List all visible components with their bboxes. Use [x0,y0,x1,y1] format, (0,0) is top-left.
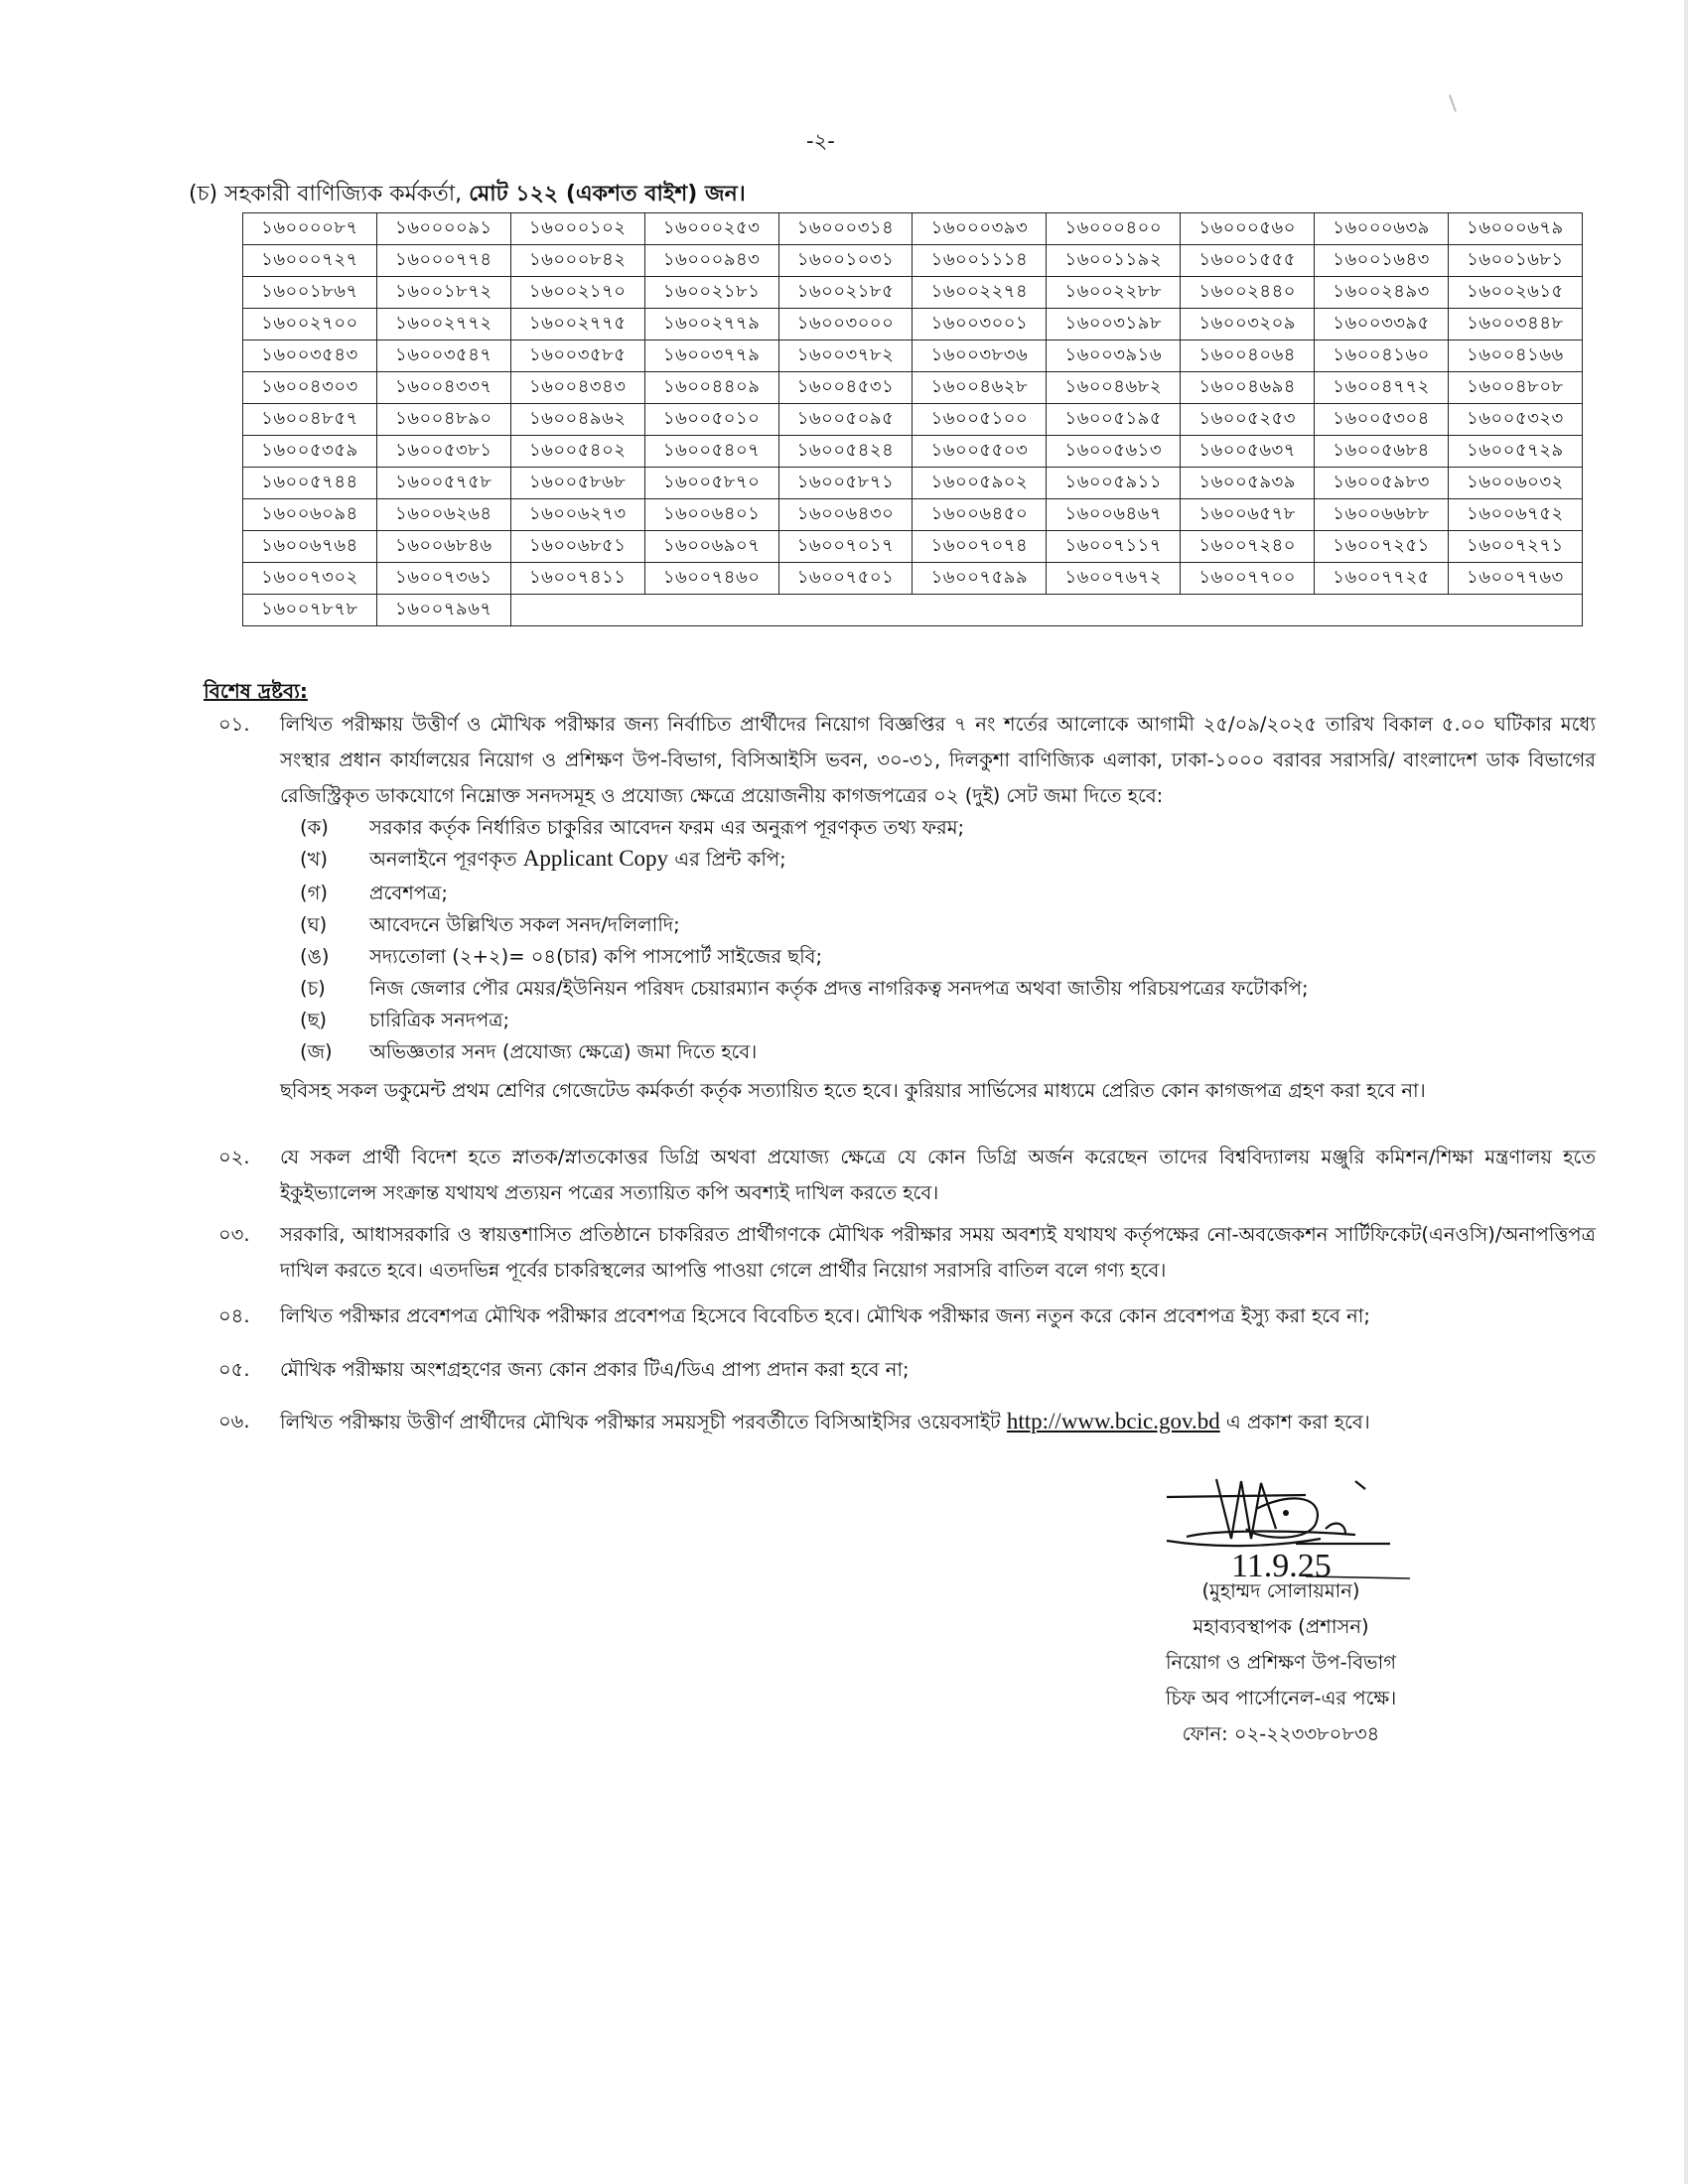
signatory-on-behalf: চিফ অব পার্সোনেল-এর পক্ষে। [1082,1681,1479,1716]
table-row: ১৬০০০০৮৭১৬০০০০৯১১৬০০০১০২১৬০০০২৫৩১৬০০০৩১৪… [243,213,1583,245]
roll-number-cell: ১৬০০৭২৫১ [1315,531,1449,563]
roll-number-cell: ১৬০০৫৮৭১ [778,468,913,499]
roll-number-cell: ১৬০০৪৮০৮ [1449,372,1583,404]
roll-number-cell: ১৬০০৪৬৮২ [1047,372,1181,404]
sub-item-chha: (ছ)চারিত্রিক সনদপত্র; [300,1007,509,1038]
roll-number-cell: ১৬০০২৭৭৫ [510,309,644,341]
roll-number-cell: ১৬০০৪৬২৮ [913,372,1047,404]
table-row: ১৬০০৬০৯৪১৬০০৬২৬৪১৬০০৬২৭৩১৬০০৬৪০১১৬০০৬৪৩০… [243,499,1583,531]
roll-number-cell: ১৬০০০১০২ [510,213,644,245]
roll-number-cell: ১৬০০৪১৬৬ [1449,341,1583,372]
roll-number-cell: ১৬০০৫৪০২ [510,436,644,468]
roll-number-cell: ১৬০০৭৬৭২ [1047,563,1181,595]
signatory-name: (মুহাম্মদ সোলায়মান) [1082,1573,1479,1609]
roll-number-cell: ১৬০০১৬৪৩ [1315,245,1449,277]
roll-number-cell: ১৬০০৩১৯৮ [1047,309,1181,341]
roll-number-cell: ১৬০০২১৮৫ [778,277,913,309]
roll-number-cell: ১৬০০৫৩০৪ [1315,404,1449,436]
roll-number-cell: ১৬০০২১৮১ [644,277,778,309]
roll-number-cell: ১৬০০১৬৮১ [1449,245,1583,277]
scan-mark [1449,94,1457,112]
roll-number-cell: ১৬০০৫১০০ [913,404,1047,436]
roll-number-cell: ১৬০০৭১১৭ [1047,531,1181,563]
roll-number-cell: ১৬০০০৭২৭ [243,245,377,277]
roll-number-cell: ১৬০০৪৫৩১ [778,372,913,404]
roll-number-cell: ১৬০০৭৪৬০ [644,563,778,595]
roll-number-cell: ১৬০০৬৮৫১ [510,531,644,563]
roll-number-cell: ১৬০০৩০০০ [778,309,913,341]
roll-number-cell: ১৬০০০০৯১ [376,213,510,245]
roll-number-cell: ১৬০০৪৩৩৭ [376,372,510,404]
roll-number-cell: ১৬০০২৪৯৩ [1315,277,1449,309]
table-row: ১৬০০৭৮৭৮১৬০০৭৯৬৭ [243,595,1583,626]
roll-number-cell: ১৬০০৩৭৮২ [778,341,913,372]
roll-number-cell: ১৬০০৫৩২৩ [1449,404,1583,436]
roll-number-cell: ১৬০০৪৮৯০ [376,404,510,436]
roll-number-cell: ১৬০০৪৭৭২ [1315,372,1449,404]
note-text: লিখিত পরীক্ষায় উত্তীর্ণ ও মৌখিক পরীক্ষা… [280,707,1596,814]
roll-number-cell: ১৬০০৪৮৫৭ [243,404,377,436]
roll-number-cell: ১৬০০৭৪১১ [510,563,644,595]
sub-item-gha: (ঘ)আবেদনে উল্লিখিত সকল সনদ/দলিলাদি; [300,911,680,943]
roll-number-table: ১৬০০০০৮৭১৬০০০০৯১১৬০০০১০২১৬০০০২৫৩১৬০০০৩১৪… [242,212,1583,626]
roll-number-cell: ১৬০০৫৮৬৮ [510,468,644,499]
table-row: ১৬০০৪৮৫৭১৬০০৪৮৯০১৬০০৪৯৬২১৬০০৫০১০১৬০০৫০৯৫… [243,404,1583,436]
roll-number-cell: ১৬০০৭২৭১ [1449,531,1583,563]
roll-number-cell: ১৬০০২১৭০ [510,277,644,309]
roll-number-cell: ১৬০০৫৯৩৯ [1181,468,1315,499]
roll-number-cell: ১৬০০৪৬৯৪ [1181,372,1315,404]
roll-number-cell: ১৬০০৫৪০৭ [644,436,778,468]
roll-number-cell: ১৬০০৬০৯৪ [243,499,377,531]
roll-number-cell: ১৬০০১৮৬৭ [243,277,377,309]
roll-number-cell: ১৬০০৬৪৫০ [913,499,1047,531]
table-row: ১৬০০৫৭৪৪১৬০০৫৭৫৮১৬০০৫৮৬৮১৬০০৫৮৭০১৬০০৫৮৭১… [243,468,1583,499]
sub-item-cha: (চ)নিজ জেলার পৌর মেয়র/ইউনিয়ন পরিষদ চেয… [300,975,1309,1007]
roll-number-cell: ১৬০০০২৫৩ [644,213,778,245]
roll-number-cell: ১৬০০০৩৯৩ [913,213,1047,245]
roll-number-cell: ১৬০০৬৮৪৬ [376,531,510,563]
roll-number-cell: ১৬০০৫০১০ [644,404,778,436]
bcic-website-link[interactable]: http://www.bcic.gov.bd [1007,1409,1220,1433]
roll-number-cell: ১৬০০৫৯১১ [1047,468,1181,499]
roll-number-cell: ১৬০০৫৫০৩ [913,436,1047,468]
roll-number-cell: ১৬০০৫২৫৩ [1181,404,1315,436]
roll-number-cell: ১৬০০৫০৯৫ [778,404,913,436]
roll-number-cell: ১৬০০৪৪০৯ [644,372,778,404]
roll-number-cell: ১৬০০৭৭২৫ [1315,563,1449,595]
roll-number-cell: ১৬০০৩০০১ [913,309,1047,341]
roll-number-cell: ১৬০০৫৬৩৭ [1181,436,1315,468]
section-heading: (চ) সহকারী বাণিজ্যিক কর্মকর্তা, মোট ১২২ … [189,177,746,213]
roll-number-cell: ১৬০০১০৩১ [778,245,913,277]
roll-number-cell: ১৬০০১৮৭২ [376,277,510,309]
table-row: ১৬০০০৭২৭১৬০০০৭৭৪১৬০০০৮৪২১৬০০০৯৪৩১৬০০১০৩১… [243,245,1583,277]
roll-number-cell: ১৬০০০৫৬০ [1181,213,1315,245]
roll-number-cell: ১৬০০৫৮৭০ [644,468,778,499]
table-row: ১৬০০৭৩০২১৬০০৭৩৬১১৬০০৭৪১১১৬০০৭৪৬০১৬০০৭৫০১… [243,563,1583,595]
roll-number-cell: ১৬০০৫৬১৩ [1047,436,1181,468]
roll-number-cell: ১৬০০৫৩৫৯ [243,436,377,468]
table-row: ১৬০০৪৩০৩১৬০০৪৩৩৭১৬০০৪৩৪৩১৬০০৪৪০৯১৬০০৪৫৩১… [243,372,1583,404]
roll-number-cell: ১৬০০৩৫৪৭ [376,341,510,372]
roll-number-cell: ১৬০০৪১৬০ [1315,341,1449,372]
roll-number-cell: ১৬০০৭০১৭ [778,531,913,563]
sub-item-ka: (ক)সরকার কর্তৃক নির্ধারিত চাকুরির আবেদন … [300,814,964,846]
roll-number-cell: ১৬০০৩৯১৬ [1047,341,1181,372]
roll-number-cell: ১৬০০০০৮৭ [243,213,377,245]
roll-number-cell: ১৬০০০৬৭৯ [1449,213,1583,245]
roll-number-cell: ১৬০০৬৭৫২ [1449,499,1583,531]
roll-number-cell: ১৬০০৭০৭৪ [913,531,1047,563]
roll-number-cell: ১৬০০১১১৪ [913,245,1047,277]
roll-number-cell: ১৬০০৩৮৩৬ [913,341,1047,372]
roll-number-cell: ১৬০০২৭০০ [243,309,377,341]
roll-number-cell: ১৬০০০৪০০ [1047,213,1181,245]
roll-number-cell: ১৬০০৬৭৬৪ [243,531,377,563]
roll-number-cell: ১৬০০৫৯৮৩ [1315,468,1449,499]
heading-prefix: (চ) সহকারী বাণিজ্যিক কর্মকর্তা, [189,182,469,206]
roll-number-cell: ১৬০০৬৪০১ [644,499,778,531]
roll-number-cell: ১৬০০২২৮৮ [1047,277,1181,309]
roll-number-cell: ১৬০০৭৯৬৭ [376,595,510,626]
roll-number-cell: ১৬০০৭৭০০ [1181,563,1315,595]
roll-number-cell: ১৬০০৪৩০৩ [243,372,377,404]
table-row: ১৬০০৩৫৪৩১৬০০৩৫৪৭১৬০০৩৫৮৫১৬০০৩৭৭৯১৬০০৩৭৮২… [243,341,1583,372]
signature-icon: 11.9.25 [1157,1469,1415,1588]
roll-number-cell: ১৬০০২৪৪০ [1181,277,1315,309]
roll-number-cell: ১৬০০৬০৩২ [1449,468,1583,499]
roll-number-cell: ১৬০০৫৬৮৪ [1315,436,1449,468]
sub-item-kha: (খ)অনলাইনে পূরণকৃত Applicant Copy এর প্র… [300,846,786,878]
roll-number-cell: ১৬০০২৭৭২ [376,309,510,341]
roll-number-cell: ১৬০০৫৭৫৮ [376,468,510,499]
roll-number-cell: ১৬০০৫৯০২ [913,468,1047,499]
roll-number-cell: ১৬০০২২৭৪ [913,277,1047,309]
notes-title: বিশেষ দ্রষ্টব্য: [204,677,308,710]
roll-number-cell: ১৬০০৬৯০৭ [644,531,778,563]
roll-number-cell: ১৬০০৭৫৯৯ [913,563,1047,595]
roll-number-cell: ১৬০০৪০৬৪ [1181,341,1315,372]
table-row: ১৬০০৬৭৬৪১৬০০৬৮৪৬১৬০০৬৮৫১১৬০০৬৯০৭১৬০০৭০১৭… [243,531,1583,563]
attestation-line: ছবিসহ সকল ডকুমেন্ট প্রথম শ্রেণির গেজেটেড… [280,1077,1426,1109]
roll-number-cell: ১৬০০০৭৭৪ [376,245,510,277]
roll-number-cell: ১৬০০৬২৬৪ [376,499,510,531]
roll-number-cell: ১৬০০৩৪৪৮ [1449,309,1583,341]
roll-number-cell: ১৬০০৪৯৬২ [510,404,644,436]
roll-number-cell: ১৬০০৭৫০১ [778,563,913,595]
roll-number-cell: ১৬০০৫৪২৪ [778,436,913,468]
roll-number-cell: ১৬০০৬৬৮৮ [1315,499,1449,531]
roll-number-cell: ১৬০০৩৭৭৯ [644,341,778,372]
roll-number-cell: ১৬০০৬৪৬৭ [1047,499,1181,531]
table-row: ১৬০০১৮৬৭১৬০০১৮৭২১৬০০২১৭০১৬০০২১৮১১৬০০২১৮৫… [243,277,1583,309]
roll-number-cell: ১৬০০৩৫৮৫ [510,341,644,372]
signatory-block: (মুহাম্মদ সোলায়মান) মহাব্যবস্থাপক (প্রশ… [1082,1573,1479,1752]
note-number: ০১. [218,707,278,743]
roll-number-cell: ১৬০০০৮৪২ [510,245,644,277]
roll-number-cell: ১৬০০০৬৩৯ [1315,213,1449,245]
roll-number-cell: ১৬০০৪৩৪৩ [510,372,644,404]
sub-item-uma: (ঙ)সদ্যতোলা (২+২)= ০৪(চার) কপি পাসপোর্ট … [300,943,822,975]
roll-number-cell: ১৬০০২৭৭৯ [644,309,778,341]
roll-number-cell: ১৬০০৫৭২৯ [1449,436,1583,468]
heading-total: মোট ১২২ (একশত বাইশ) জন। [469,182,746,206]
sub-item-ga: (গ)প্রবেশপত্র; [300,880,448,911]
roll-number-cell: ১৬০০৫৩৮১ [376,436,510,468]
roll-number-cell: ১৬০০৭৩৬১ [376,563,510,595]
roll-number-cell: ১৬০০৬৪৩০ [778,499,913,531]
signatory-phone: ফোন: ০২-২২৩৩৮০৮৩৪ [1082,1716,1479,1752]
page-edge [1684,0,1688,2184]
roll-number-cell: ১৬০০৬৫৭৮ [1181,499,1315,531]
empty-cell [510,595,1582,626]
roll-number-cell: ১৬০০০৯৪৩ [644,245,778,277]
table-row: ১৬০০৫৩৫৯১৬০০৫৩৮১১৬০০৫৪০২১৬০০৫৪০৭১৬০০৫৪২৪… [243,436,1583,468]
signatory-designation: মহাব্যবস্থাপক (প্রশাসন) [1082,1609,1479,1645]
signatory-department: নিয়োগ ও প্রশিক্ষণ উপ-বিভাগ [1082,1645,1479,1681]
roll-number-cell: ১৬০০৭২৪০ [1181,531,1315,563]
roll-number-cell: ১৬০০৩৫৪৩ [243,341,377,372]
roll-number-cell: ১৬০০১১৯২ [1047,245,1181,277]
roll-number-cell: ১৬০০২৬১৫ [1449,277,1583,309]
roll-number-cell: ১৬০০৭৩০২ [243,563,377,595]
table-row: ১৬০০২৭০০১৬০০২৭৭২১৬০০২৭৭৫১৬০০২৭৭৯১৬০০৩০০০… [243,309,1583,341]
roll-number-cell: ১৬০০৭৭৬৩ [1449,563,1583,595]
roll-number-cell: ১৬০০৬২৭৩ [510,499,644,531]
roll-number-cell: ১৬০০৩৩৯৫ [1315,309,1449,341]
roll-number-cell: ১৬০০০৩১৪ [778,213,913,245]
roll-number-cell: ১৬০০৫১৯৫ [1047,404,1181,436]
roll-number-cell: ১৬০০৩২০৯ [1181,309,1315,341]
sub-item-ja: (জ)অভিজ্ঞতার সনদ (প্রযোজ্য ক্ষেত্রে) জমা… [300,1038,757,1070]
page-number: -২- [806,125,835,160]
roll-number-cell: ১৬০০১৫৫৫ [1181,245,1315,277]
roll-number-cell: ১৬০০৫৭৪৪ [243,468,377,499]
roll-number-cell: ১৬০০৭৮৭৮ [243,595,377,626]
